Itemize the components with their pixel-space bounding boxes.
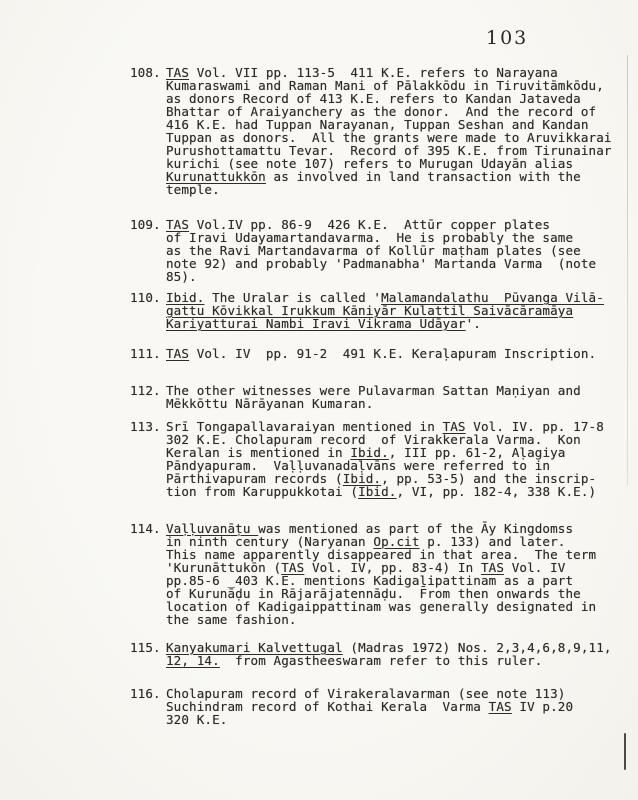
endnote-115: 115.Kanyakumari Kalvettugal (Madras 1972…: [130, 641, 612, 667]
endnote-108: 108.TAS Vol. VII pp. 113-5 411 K.E. refe…: [130, 66, 612, 196]
note-line: Mēkkōttu Nārāyanan Kumaran.: [166, 397, 581, 410]
note-line: Kariyatturai Nambi Iravi Vikrama Udāyar'…: [166, 317, 604, 330]
note-line: 12, 14. from Agastheeswaram refer to thi…: [166, 654, 612, 667]
note-text: Vaḷḷuvanāṭu was mentioned as part of the…: [166, 522, 596, 626]
note-text: Srī Tongapallavaraiyan mentioned in TAS …: [166, 420, 604, 498]
note-line: TAS Vol. IV pp. 91-2 491 K.E. Keraḷapura…: [166, 347, 596, 360]
note-line: temple.: [166, 183, 612, 196]
note-text: Cholapuram record of Virakeralavarman (s…: [166, 687, 573, 726]
scan-edge-artifact: [627, 55, 628, 485]
note-line: note 92) and probably 'Padmanabha' Marta…: [166, 257, 596, 270]
note-line: the same fashion.: [166, 613, 596, 626]
note-number: 114.: [130, 522, 166, 535]
note-text: TAS Vol.IV pp. 86-9 426 K.E. Attūr coppe…: [166, 218, 596, 283]
note-text: Ibid. The Uralar is called 'Malamandalat…: [166, 291, 604, 330]
endnote-109: 109.TAS Vol.IV pp. 86-9 426 K.E. Attūr c…: [130, 218, 596, 283]
note-text: The other witnesses were Pulavarman Satt…: [166, 384, 581, 410]
scan-mark-artifact: [624, 733, 626, 770]
endnote-112: 112.The other witnesses were Pulavarman …: [130, 384, 581, 410]
note-number: 110.: [130, 291, 166, 304]
note-text: TAS Vol. IV pp. 91-2 491 K.E. Keraḷapura…: [166, 347, 596, 360]
note-number: 109.: [130, 218, 166, 231]
scanned-document-page: 103 108.TAS Vol. VII pp. 113-5 411 K.E. …: [0, 0, 638, 800]
note-number: 111.: [130, 347, 166, 360]
page-number: 103: [486, 27, 528, 49]
note-number: 116.: [130, 687, 166, 700]
endnote-116: 116.Cholapuram record of Virakeralavarma…: [130, 687, 573, 726]
note-number: 108.: [130, 66, 166, 79]
note-number: 112.: [130, 384, 166, 397]
note-number: 115.: [130, 641, 166, 654]
endnote-110: 110.Ibid. The Uralar is called 'Malamand…: [130, 291, 604, 330]
note-line: Kurunattukkōn as involved in land transa…: [166, 170, 612, 183]
note-number: 113.: [130, 420, 166, 433]
endnote-113: 113.Srī Tongapallavaraiyan mentioned in …: [130, 420, 604, 498]
note-line: 320 K.E.: [166, 713, 573, 726]
note-line: tion from Karuppukkotai (Ibid., VI, pp. …: [166, 485, 604, 498]
endnote-114: 114.Vaḷḷuvanāṭu was mentioned as part of…: [130, 522, 596, 626]
endnote-111: 111.TAS Vol. IV pp. 91-2 491 K.E. Keraḷa…: [130, 347, 596, 360]
note-text: Kanyakumari Kalvettugal (Madras 1972) No…: [166, 641, 612, 667]
note-text: TAS Vol. VII pp. 113-5 411 K.E. refers t…: [166, 66, 612, 196]
note-line: 85).: [166, 270, 596, 283]
